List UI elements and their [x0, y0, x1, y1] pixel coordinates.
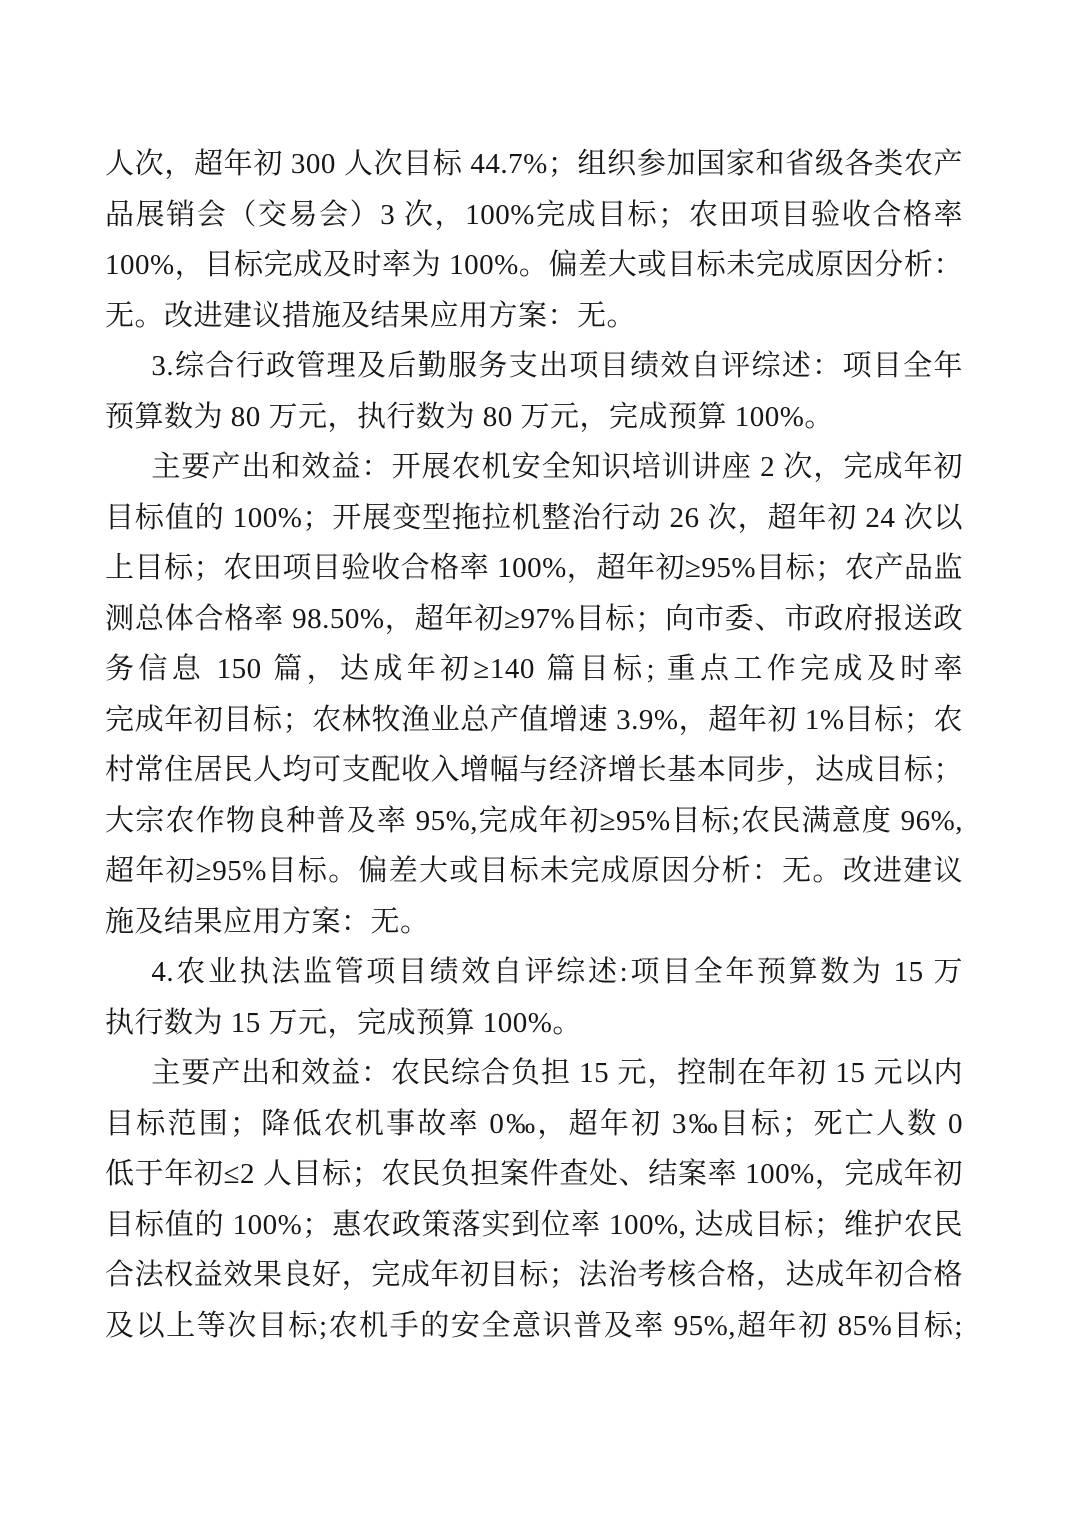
- text-line: 施及结果应用方案：无。: [105, 897, 963, 948]
- text-line: 完成年初目标；农林牧渔业总产值增速 3.9%，超年初 1%目标；农: [105, 695, 963, 746]
- text-line: 人次，超年初 300 人次目标 44.7%；组织参加国家和省级各类农产: [105, 139, 963, 190]
- text-line: 预算数为 80 万元，执行数为 80 万元，完成预算 100%。: [105, 392, 963, 443]
- text-line: 村常住居民人均可支配收入增幅与经济增长基本同步，达成目标；: [105, 745, 963, 796]
- text-line: 大宗农作物良种普及率 95%,完成年初≥95%目标;农民满意度 96%,: [105, 796, 963, 847]
- text-line: 品展销会（交易会）3 次，100%完成目标；农田项目验收合格率达: [105, 190, 963, 241]
- document-page: 人次，超年初 300 人次目标 44.7%；组织参加国家和省级各类农产 品展销会…: [0, 0, 1074, 1520]
- text-line: 超年初≥95%目标。偏差大或目标未完成原因分析：无。改进建议措: [105, 846, 963, 897]
- text-line: 主要产出和效益：开展农机安全知识培训讲座 2 次，完成年初: [105, 442, 963, 493]
- text-line: 无。改进建议措施及结果应用方案：无。: [105, 291, 963, 342]
- text-line: 测总体合格率 98.50%，超年初≥97%目标；向市委、市政府报送政: [105, 594, 963, 645]
- text-line-section-4-heading: 4.农业执法监管项目绩效自评综述:项目全年预算数为 15 万元，: [105, 947, 963, 998]
- text-line: 低于年初≤2 人目标；农民负担案件查处、结案率 100%，完成年初: [105, 1149, 963, 1200]
- text-line: 100%，目标完成及时率为 100%。偏差大或目标未完成原因分析：: [105, 240, 963, 291]
- text-line: 务信息 150 篇，达成年初≥140 篇目标; 重点工作完成及时率 100%，: [105, 644, 963, 695]
- text-line: 目标范围；降低农机事故率 0‰，超年初 3‰目标；死亡人数 0 人，: [105, 1099, 963, 1150]
- text-line: 目标值的 100%；惠农政策落实到位率 100%, 达成目标；维护农民: [105, 1200, 963, 1251]
- text-line: 上目标；农田项目验收合格率 100%，超年初≥95%目标；农产品监: [105, 543, 963, 594]
- text-line: 合法权益效果良好，完成年初目标；法治考核合格，达成年初合格: [105, 1250, 963, 1301]
- text-line-section-3-heading: 3.综合行政管理及后勤服务支出项目绩效自评综述：项目全年: [105, 341, 963, 392]
- text-line: 主要产出和效益：农民综合负担 15 元，控制在年初 15 元以内: [105, 1048, 963, 1099]
- text-line: 及以上等次目标;农机手的安全意识普及率 95%,超年初 85%目标;: [105, 1301, 963, 1352]
- document-text-block: 人次，超年初 300 人次目标 44.7%；组织参加国家和省级各类农产 品展销会…: [105, 139, 963, 1351]
- text-line: 目标值的 100%；开展变型拖拉机整治行动 26 次，超年初 24 次以: [105, 493, 963, 544]
- text-line: 执行数为 15 万元，完成预算 100%。: [105, 998, 963, 1049]
